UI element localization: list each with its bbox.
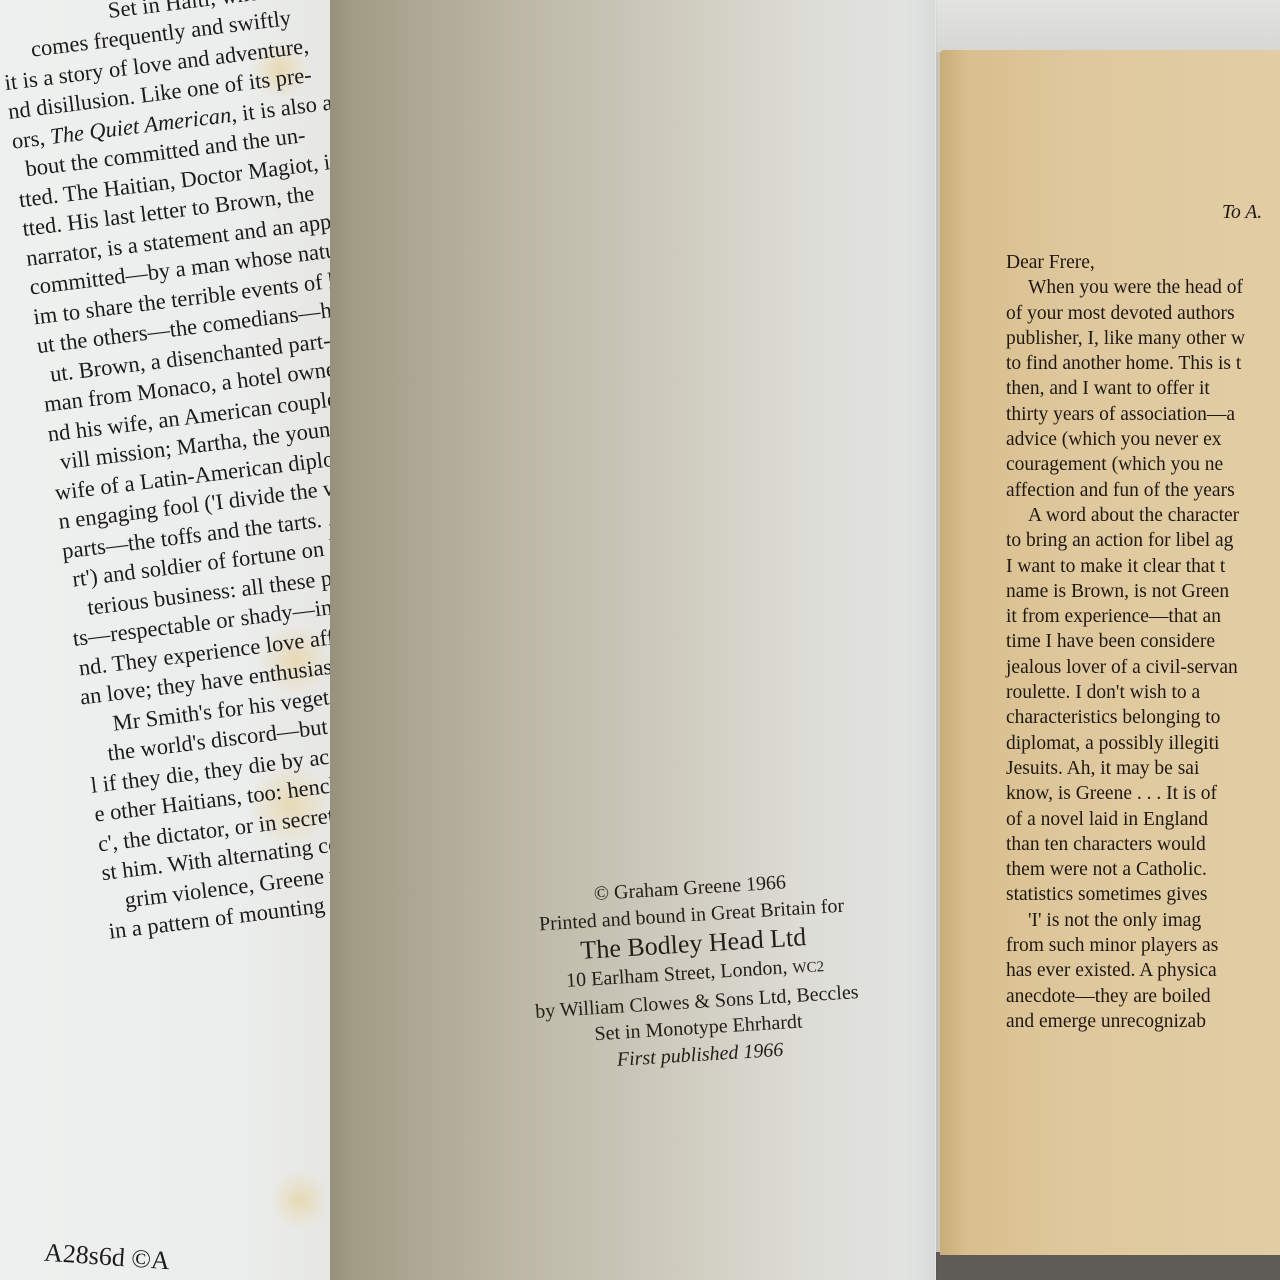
letter-line: I want to make it clear that t (1006, 554, 1280, 579)
price-code: A28s6d ©A (43, 1238, 171, 1277)
letter-line: has ever existed. A physica (1006, 958, 1280, 983)
letter-line: anecdote—they are boiled (1006, 984, 1280, 1009)
letter-line: know, is Greene . . . It is of (1006, 781, 1280, 806)
dedication-heading: To A. (1222, 202, 1262, 224)
letter-line: jealous lover of a civil-servan (1006, 655, 1280, 680)
postcode-text: WC2 (792, 959, 825, 977)
letter-line: then, and I want to offer it (1006, 376, 1280, 401)
letter-line: them were not a Catholic. (1006, 857, 1280, 882)
letter-line: Jesuits. Ah, it may be sai (1006, 756, 1280, 781)
letter-line: name is Brown, is not Green (1006, 579, 1280, 604)
letter-line: to bring an action for libel ag (1006, 528, 1280, 553)
letter-line: from such minor players as (1006, 933, 1280, 958)
salutation: Dear Frere, (1006, 250, 1280, 275)
letter-line: When you were the head of (1006, 275, 1280, 300)
dedication-letter: Dear Frere, When you were the head ofof … (1006, 250, 1280, 1034)
paper-stain (270, 1170, 330, 1230)
dust-jacket-flap: s Graham GSet in Haiti, where tcomes fre… (0, 0, 330, 1280)
letter-line: statistics sometimes gives (1006, 882, 1280, 907)
letter-line: to find another home. This is t (1006, 351, 1280, 376)
letter-line: of a novel laid in England (1006, 807, 1280, 832)
letter-line: affection and fun of the years (1006, 478, 1280, 503)
letter-line: thirty years of association—a (1006, 402, 1280, 427)
letter-line: than ten characters would (1006, 832, 1280, 857)
letter-line: couragement (which you ne (1006, 452, 1280, 477)
page-edge (905, 0, 935, 1280)
letter-line: of your most devoted authors (1006, 301, 1280, 326)
letter-line: roulette. I don't wish to a (1006, 680, 1280, 705)
imprint-block: © Graham Greene 1966 Printed and bound i… (514, 864, 875, 1078)
jacket-blurb: s Graham GSet in Haiti, where tcomes fre… (0, 0, 330, 946)
letter-line: 'I' is not the only imag (1006, 908, 1280, 933)
letter-line: and emerge unrecognizab (1006, 1009, 1280, 1034)
letter-line: it from experience—that an (1006, 604, 1280, 629)
letter-line: advice (which you never ex (1006, 427, 1280, 452)
letter-line: publisher, I, like many other w (1006, 326, 1280, 351)
letter-line: A word about the character (1006, 503, 1280, 528)
background-table (930, 1252, 1280, 1280)
letter-body: When you were the head ofof your most de… (1006, 275, 1280, 1034)
letter-line: characteristics belonging to (1006, 705, 1280, 730)
background-wall (930, 0, 1280, 52)
letter-line: time I have been considere (1006, 629, 1280, 654)
letter-line: diplomat, a possibly illegiti (1006, 731, 1280, 756)
imprint-page (316, 0, 936, 1280)
